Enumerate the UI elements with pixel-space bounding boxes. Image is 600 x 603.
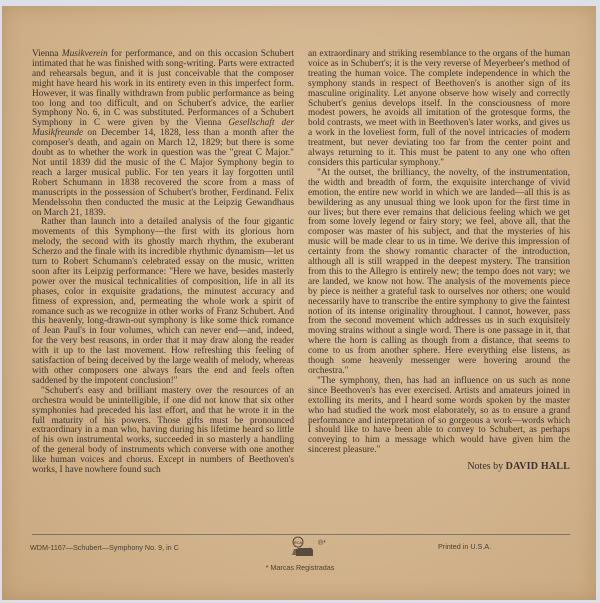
- author-signature: Notes by DAVID HALL: [308, 462, 570, 472]
- footer-divider: [32, 534, 570, 535]
- liner-notes-sheet: Vienna Musikverein for performance, and …: [2, 6, 596, 600]
- left-paragraph-2: Rather than launch into a detailed analy…: [32, 218, 294, 386]
- signature-name: DAVID HALL: [506, 461, 570, 472]
- right-paragraph-3: "The symphony, then, has had an influenc…: [308, 377, 570, 456]
- svg-text:RCA: RCA: [294, 540, 303, 545]
- trademark-note: * Marcas Registradas: [230, 563, 370, 572]
- italic-term: Musikverein: [62, 49, 108, 59]
- text: on December 14, 1828, less than a month …: [32, 128, 294, 217]
- printed-in: Printed in U.S.A.: [438, 542, 491, 551]
- right-paragraph-1: an extraordinary and striking resemblanc…: [308, 50, 570, 169]
- registered-mark: ®*: [318, 540, 326, 547]
- text: Vienna: [32, 49, 62, 59]
- signature-prefix: Notes by: [467, 461, 505, 472]
- left-column: Vienna Musikverein for performance, and …: [32, 50, 294, 476]
- right-column: an extraordinary and striking resemblanc…: [308, 50, 570, 472]
- text: for performance, and on this occasion Sc…: [32, 49, 294, 128]
- left-paragraph-1: Vienna Musikverein for performance, and …: [32, 50, 294, 218]
- catalog-number: WDM-1167—Schubert—Symphony No. 9, in C: [30, 543, 179, 552]
- left-paragraph-3: "Schubert's easy and brilliant mastery o…: [32, 387, 294, 476]
- right-paragraph-2: "At the outset, the brilliancy, the nove…: [308, 169, 570, 377]
